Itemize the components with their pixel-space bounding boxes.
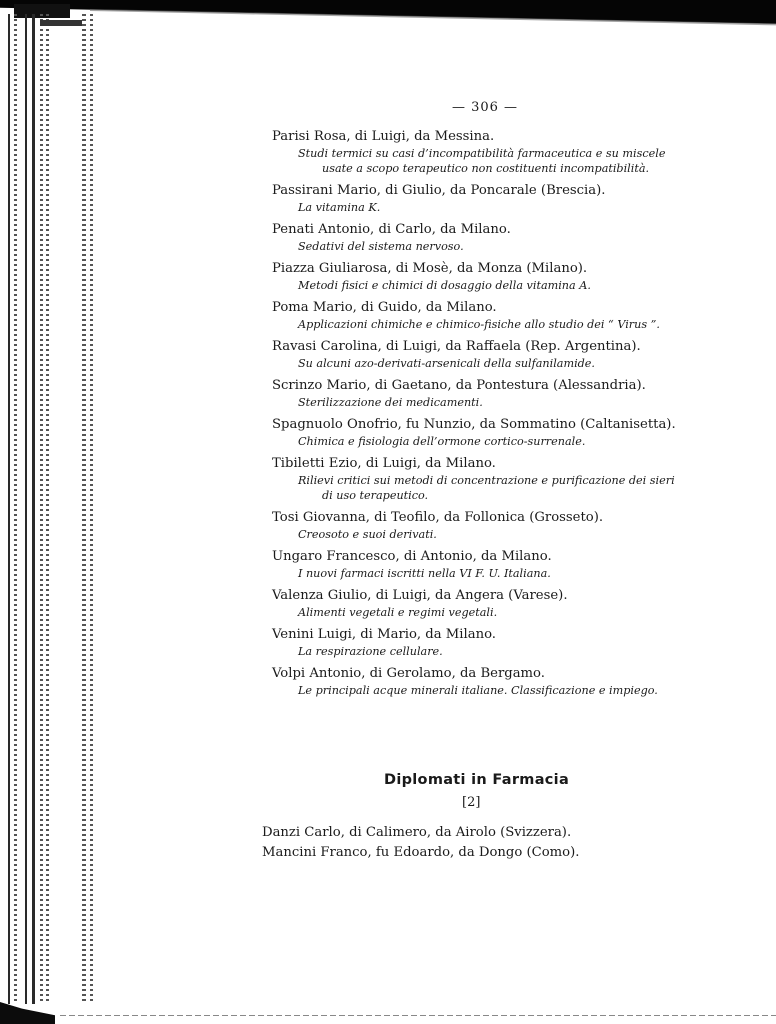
graduate-name: Piazza Giuliarosa, di Mosè, da Monza (Mi… — [272, 260, 712, 278]
thesis-title: Chimica e fisiologia dell’ormone cortico… — [272, 434, 712, 449]
graduate-name: Penati Antonio, di Carlo, da Milano. — [272, 221, 712, 239]
stack-tab — [40, 20, 82, 26]
thesis-title-line: usate a scopo terapeutico non costituent… — [298, 161, 712, 176]
stack-line — [8, 14, 10, 1004]
list-item: Tibiletti Ezio, di Luigi, da Milano. Ril… — [272, 455, 712, 503]
list-item: Passirani Mario, di Giulio, da Poncarale… — [272, 182, 712, 215]
thesis-title-line: Studi termici su casi d’incompatibilità … — [298, 147, 665, 160]
graduate-name: Spagnuolo Onofrio, fu Nunzio, da Sommati… — [272, 416, 712, 434]
list-item: Penati Antonio, di Carlo, da Milano. Sed… — [272, 221, 712, 254]
diplomati-list: Danzi Carlo, di Calimero, da Airolo (Svi… — [262, 823, 662, 863]
thesis-title: Studi termici su casi d’incompatibilità … — [272, 146, 712, 176]
thesis-title-line: di uso terapeutico. — [298, 488, 712, 503]
thesis-title: Creosoto e suoi derivati. — [272, 527, 712, 542]
thesis-title: Applicazioni chimiche e chimico-fisiche … — [272, 317, 712, 332]
list-item: Parisi Rosa, di Luigi, da Messina. Studi… — [272, 128, 712, 176]
thesis-title: La respirazione cellulare. — [272, 644, 712, 659]
list-item: Tosi Giovanna, di Teofilo, da Follonica … — [272, 509, 712, 542]
list-item: Danzi Carlo, di Calimero, da Airolo (Svi… — [262, 823, 662, 843]
graduate-name: Ungaro Francesco, di Antonio, da Milano. — [272, 548, 712, 566]
list-item: Valenza Giulio, di Luigi, da Angera (Var… — [272, 587, 712, 620]
stack-line — [40, 14, 43, 1004]
graduate-name: Ravasi Carolina, di Luigi, da Raffaela (… — [272, 338, 712, 356]
page-bottom-edge — [60, 1015, 776, 1016]
thesis-title: Le principali acque minerali italiane. C… — [272, 683, 712, 698]
list-item: Ungaro Francesco, di Antonio, da Milano.… — [272, 548, 712, 581]
thesis-title: Metodi fisici e chimici di dosaggio dell… — [272, 278, 712, 293]
graduate-name: Valenza Giulio, di Luigi, da Angera (Var… — [272, 587, 712, 605]
thesis-title: Sedativi del sistema nervoso. — [272, 239, 712, 254]
list-item: Poma Mario, di Guido, da Milano. Applica… — [272, 299, 712, 332]
thesis-title: La vitamina K. — [272, 200, 712, 215]
thesis-title: Rilievi critici sui metodi di concentraz… — [272, 473, 712, 503]
list-item: Mancini Franco, fu Edoardo, da Dongo (Co… — [262, 843, 662, 863]
list-item: Venini Luigi, di Mario, da Milano. La re… — [272, 626, 712, 659]
stack-line — [46, 14, 49, 1004]
stack-line — [25, 14, 27, 1004]
stack-line — [14, 14, 17, 1004]
graduate-name: Venini Luigi, di Mario, da Milano. — [272, 626, 712, 644]
thesis-title: I nuovi farmaci iscritti nella VI F. U. … — [272, 566, 712, 581]
thesis-title: Su alcuni azo-derivati-arsenicali della … — [272, 356, 712, 371]
section-count: [2] — [462, 795, 480, 810]
list-item: Piazza Giuliarosa, di Mosè, da Monza (Mi… — [272, 260, 712, 293]
thesis-title-line: Rilievi critici sui metodi di concentraz… — [298, 474, 675, 487]
stack-line — [32, 14, 35, 1004]
graduate-name: Parisi Rosa, di Luigi, da Messina. — [272, 128, 712, 146]
graduate-name: Scrinzo Mario, di Gaetano, da Pontestura… — [272, 377, 712, 395]
thesis-title: Sterilizzazione dei medicamenti. — [272, 395, 712, 410]
graduate-name: Tibiletti Ezio, di Luigi, da Milano. — [272, 455, 712, 473]
stack-line — [90, 14, 93, 1004]
graduate-name: Volpi Antonio, di Gerolamo, da Bergamo. — [272, 665, 712, 683]
list-item: Spagnuolo Onofrio, fu Nunzio, da Sommati… — [272, 416, 712, 449]
thesis-title: Alimenti vegetali e regimi vegetali. — [272, 605, 712, 620]
section-heading: Diplomati in Farmacia — [384, 772, 569, 788]
page-number: — 306 — — [450, 100, 520, 115]
stack-line — [82, 14, 86, 1004]
page-stack-edges — [0, 0, 95, 1024]
graduate-name: Tosi Giovanna, di Teofilo, da Follonica … — [272, 509, 712, 527]
list-item: Ravasi Carolina, di Luigi, da Raffaela (… — [272, 338, 712, 371]
graduate-name: Passirani Mario, di Giulio, da Poncarale… — [272, 182, 712, 200]
list-item: Scrinzo Mario, di Gaetano, da Pontestura… — [272, 377, 712, 410]
graduate-name: Poma Mario, di Guido, da Milano. — [272, 299, 712, 317]
thesis-list: Parisi Rosa, di Luigi, da Messina. Studi… — [272, 128, 712, 704]
list-item: Volpi Antonio, di Gerolamo, da Bergamo. … — [272, 665, 712, 698]
